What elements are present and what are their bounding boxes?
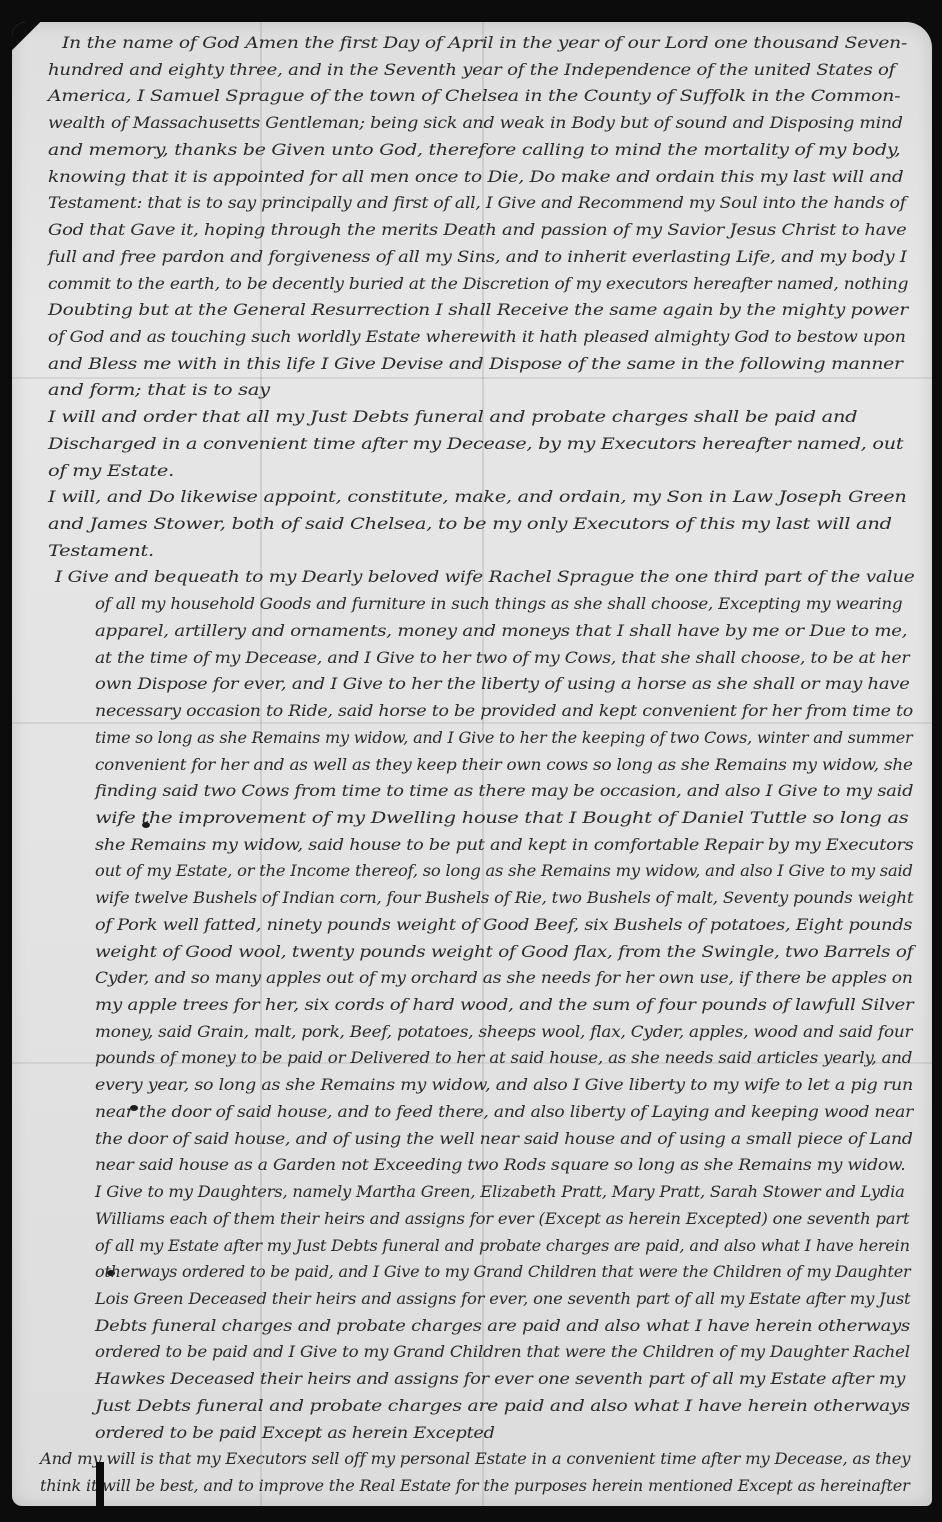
manuscript-line: Lois Green Deceased their heirs and assi… (95, 1290, 910, 1308)
manuscript-line: of God and as touching such worldly Esta… (48, 328, 906, 346)
manuscript-line: Testament: that is to say principally an… (48, 194, 906, 212)
manuscript-line: necessary occasion to Ride, said horse t… (95, 702, 913, 720)
manuscript-line: Williams each of them their heirs and as… (95, 1210, 909, 1228)
manuscript-line: and memory, thanks be Given unto God, th… (48, 141, 901, 159)
manuscript-line: my apple trees for her, six cords of har… (95, 996, 913, 1014)
manuscript-line: wife the improvement of my Dwelling hous… (95, 809, 908, 827)
manuscript-line: otherways ordered to be paid, and I Give… (95, 1263, 910, 1281)
manuscript-line: Just Debts funeral and probate charges a… (95, 1397, 910, 1415)
manuscript-page: In the name of God Amen the first Day of… (12, 22, 932, 1506)
manuscript-line: of all my Estate after my Just Debts fun… (95, 1237, 910, 1255)
manuscript-line: and form; that is to say (48, 381, 270, 399)
manuscript-line: commit to the earth, to be decently buri… (48, 275, 908, 293)
manuscript-line: full and free pardon and forgiveness of … (48, 248, 907, 266)
manuscript-line: convenient for her and as well as they k… (95, 756, 913, 774)
manuscript-line: And my will is that my Executors sell of… (40, 1450, 910, 1468)
manuscript-line: of my Estate. (48, 462, 174, 480)
manuscript-line: every year, so long as she Remains my wi… (95, 1076, 913, 1094)
manuscript-line: time so long as she Remains my widow, an… (95, 729, 913, 747)
manuscript-line: wife twelve Bushels of Indian corn, four… (95, 889, 913, 907)
paper-tear (96, 1462, 104, 1510)
manuscript-line: God that Gave it, hoping through the mer… (48, 221, 906, 239)
manuscript-line: Doubting but at the General Resurrection… (48, 301, 908, 319)
manuscript-line: apparel, artillery and ornaments, money … (95, 622, 907, 640)
manuscript-line: pounds of money to be paid or Delivered … (95, 1049, 912, 1067)
manuscript-line: I Give to my Daughters, namely Martha Gr… (95, 1183, 905, 1201)
manuscript-line: near said house as a Garden not Exceedin… (95, 1156, 906, 1174)
manuscript-line: near the door of said house, and to feed… (95, 1103, 913, 1121)
manuscript-line: Debts funeral charges and probate charge… (95, 1317, 910, 1335)
manuscript-line: Testament. (48, 542, 154, 560)
manuscript-line: America, I Samuel Sprague of the town of… (48, 87, 900, 105)
manuscript-line: weight of Good wool, twenty pounds weigh… (95, 943, 913, 961)
manuscript-line: Discharged in a convenient time after my… (48, 435, 903, 453)
manuscript-line: I will, and Do likewise appoint, constit… (48, 488, 907, 506)
manuscript-line: think it will be best, and to improve th… (40, 1477, 910, 1495)
manuscript-line: at the time of my Decease, and I Give to… (95, 649, 909, 667)
manuscript-line: Cyder, and so many apples out of my orch… (95, 969, 913, 987)
scanned-document: In the name of God Amen the first Day of… (0, 0, 942, 1522)
manuscript-line: hundred and eighty three, and in the Sev… (48, 61, 895, 79)
manuscript-line: of Pork well fatted, ninety pounds weigh… (95, 916, 912, 934)
manuscript-line: In the name of God Amen the first Day of… (62, 34, 907, 52)
manuscript-line: knowing that it is appointed for all men… (48, 168, 904, 186)
manuscript-line: and James Stower, both of said Chelsea, … (48, 515, 892, 533)
manuscript-line: finding said two Cows from time to time … (95, 782, 913, 800)
fold-crease (12, 722, 932, 724)
manuscript-line: and Bless me with in this life I Give De… (48, 355, 903, 373)
manuscript-line: the door of said house, and of using the… (95, 1130, 913, 1148)
manuscript-line: own Dispose for ever, and I Give to her … (95, 675, 910, 693)
manuscript-line: I Give and bequeath to my Dearly beloved… (55, 568, 915, 586)
manuscript-line: of all my household Goods and furniture … (95, 595, 902, 613)
manuscript-line: money, said Grain, malt, pork, Beef, pot… (95, 1023, 912, 1041)
manuscript-line: ordered to be paid Except as herein Exce… (95, 1424, 495, 1442)
manuscript-line: she Remains my widow, said house to be p… (95, 836, 913, 854)
manuscript-line: Hawkes Deceased their heirs and assigns … (95, 1370, 905, 1388)
manuscript-line: I will and order that all my Just Debts … (48, 408, 857, 426)
manuscript-line: wealth of Massachusetts Gentleman; being… (48, 114, 903, 132)
manuscript-line: out of my Estate, or the Income thereof,… (95, 862, 913, 880)
manuscript-line: ordered to be paid and I Give to my Gran… (95, 1343, 910, 1361)
fold-crease (12, 377, 932, 379)
